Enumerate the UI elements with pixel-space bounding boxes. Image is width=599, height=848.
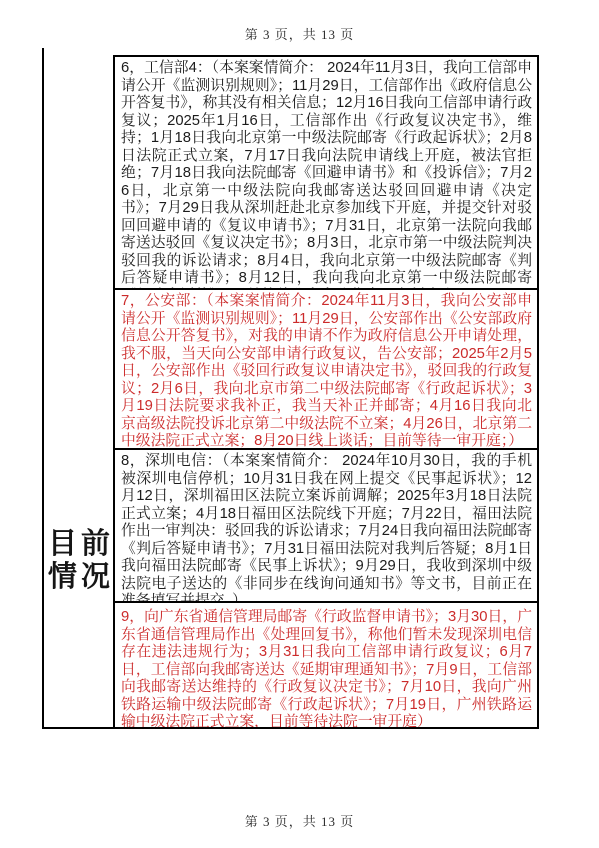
- row-label-line-2: 情 况: [48, 561, 110, 594]
- case-entries-column: 6，工信部4：（本案案情简介： 2024年11月3日，我向工信部申请公开《监测识…: [115, 57, 537, 727]
- case-entry-7-public-security: 7，公安部：（本案案情简介：2024年11月3日，我向公安部申请公开《监测识别规…: [115, 290, 537, 450]
- table-bottom-border: [42, 727, 539, 729]
- case-table: 目 前 情 况 6，工信部4：（本案案情简介： 2024年11月3日，我向工信部…: [42, 48, 539, 729]
- case-entry-9-guangdong-communications: 9，向广东省通信管理局邮寄《行政监督申请书》；3月30日，广东省通信管理局作出《…: [115, 603, 537, 727]
- page-header: 第 3 页，共 13 页: [0, 24, 599, 43]
- row-label-cell: 目 前 情 况: [44, 55, 113, 727]
- row-label-char: 目: [48, 528, 77, 561]
- case-entry-8-shenzhen-telecom: 8，深圳电信：（本案案情简介： 2024年10月30日，我的手机被深圳电信停机；…: [115, 450, 537, 603]
- row-label-char: 况: [81, 561, 110, 594]
- row-label-char: 前: [81, 528, 110, 561]
- row-label-char: 情: [48, 561, 77, 594]
- case-entry-6-miit: 6，工信部4：（本案案情简介： 2024年11月3日，我向工信部申请公开《监测识…: [115, 57, 537, 290]
- row-label-line-1: 目 前: [48, 528, 110, 561]
- row-label-current-situation: 目 前 情 况: [48, 528, 110, 594]
- page-footer: 第 3 页，共 13 页: [0, 811, 599, 830]
- table-right-border: [537, 55, 539, 727]
